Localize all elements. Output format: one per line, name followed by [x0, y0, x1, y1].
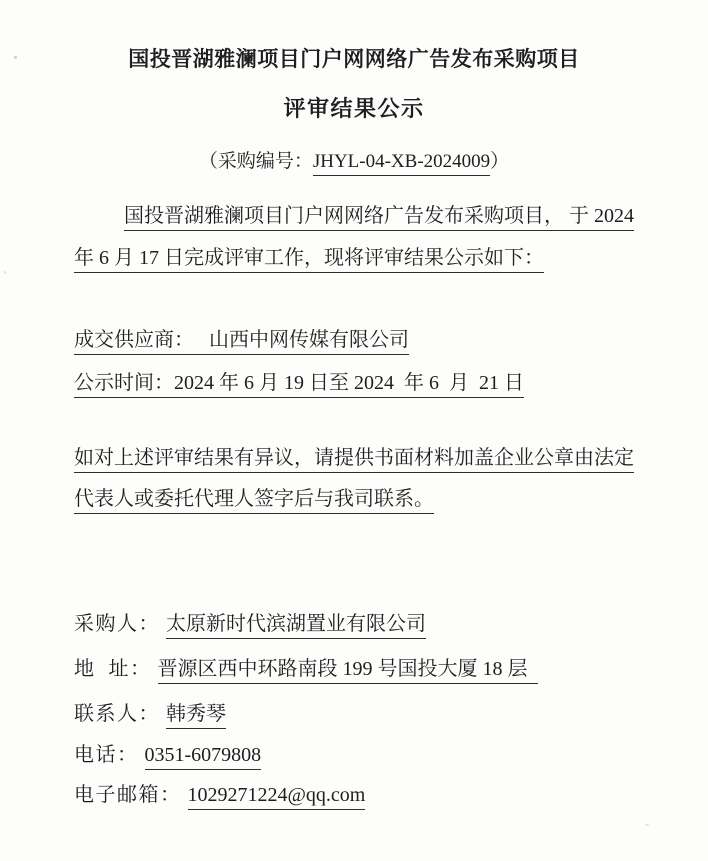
phone-row: 电话：0351-6079808 [74, 741, 634, 769]
contact-person-label: 联系人： [74, 703, 160, 725]
scan-speck [14, 56, 17, 59]
contact-person-row: 联系人：韩秀琴 [74, 700, 634, 728]
email-label: 电子邮箱： [74, 784, 182, 806]
scan-speck [645, 824, 649, 826]
objection-notice-line1: 如对上述评审结果有异议，请提供书面材料加盖企业公章由法定 [74, 444, 634, 472]
intro-paragraph-line2: 年 6 月 17 日完成评审工作，现将评审结果公示如下： [74, 244, 634, 272]
document-title-line2: 评审结果公示 [74, 94, 634, 124]
address-label: 地 址： [74, 658, 152, 680]
objection-notice-line2: 代表人或委托代理人签字后与我司联系。 [74, 485, 634, 513]
address-value: 晋源区西中环路南段 199 号国投大厦 18 层 [158, 658, 538, 684]
purchaser-value: 太原新时代滨湖置业有限公司 [166, 613, 426, 639]
phone-label: 电话： [74, 744, 139, 766]
purchaser-label: 采购人： [74, 613, 160, 635]
procurement-number-line: （采购编号：JHYL-04-XB-2024009） [74, 148, 634, 176]
awarded-supplier-text: 成交供应商： 山西中网传媒有限公司 [74, 329, 409, 355]
scanned-document-page: 国投晋湖雅澜项目门户网网络广告发布采购项目 评审结果公示 （采购编号：JHYL-… [0, 0, 708, 861]
awarded-supplier-line: 成交供应商： 山西中网传媒有限公司 [74, 326, 634, 354]
procurement-number: JHYL-04-XB-2024009 [313, 151, 490, 176]
address-row: 地 址：晋源区西中环路南段 199 号国投大厦 18 层 [74, 655, 634, 683]
contact-person-value: 韩秀琴 [166, 703, 226, 729]
purchaser-row: 采购人：太原新时代滨湖置业有限公司 [74, 610, 634, 638]
email-row: 电子邮箱：1029271224@qq.com [74, 781, 634, 809]
scan-speck [4, 271, 6, 274]
phone-value: 0351-6079808 [145, 744, 262, 770]
objection-text-line1: 如对上述评审结果有异议，请提供书面材料加盖企业公章由法定 [74, 447, 634, 473]
intro-paragraph-line1: 国投晋湖雅澜项目门户网网络广告发布采购项目， 于 2024 [74, 202, 634, 230]
document-title-line1: 国投晋湖雅澜项目门户网网络广告发布采购项目 [74, 0, 634, 74]
intro-text-line1: 国投晋湖雅澜项目门户网网络广告发布采购项目， 于 2024 [124, 205, 634, 231]
procurement-number-suffix: ） [490, 151, 509, 172]
publicity-period-text: 公示时间：2024 年 6 月 19 日至 2024 年 6 月 21 日 [74, 372, 524, 398]
intro-text-line2: 年 6 月 17 日完成评审工作，现将评审结果公示如下： [74, 247, 544, 273]
objection-text-line2: 代表人或委托代理人签字后与我司联系。 [74, 488, 434, 514]
procurement-number-prefix: （采购编号： [199, 151, 313, 172]
scan-speck [205, 61, 208, 63]
publicity-period-line: 公示时间：2024 年 6 月 19 日至 2024 年 6 月 21 日 [74, 369, 634, 397]
email-value: 1029271224@qq.com [188, 784, 366, 810]
